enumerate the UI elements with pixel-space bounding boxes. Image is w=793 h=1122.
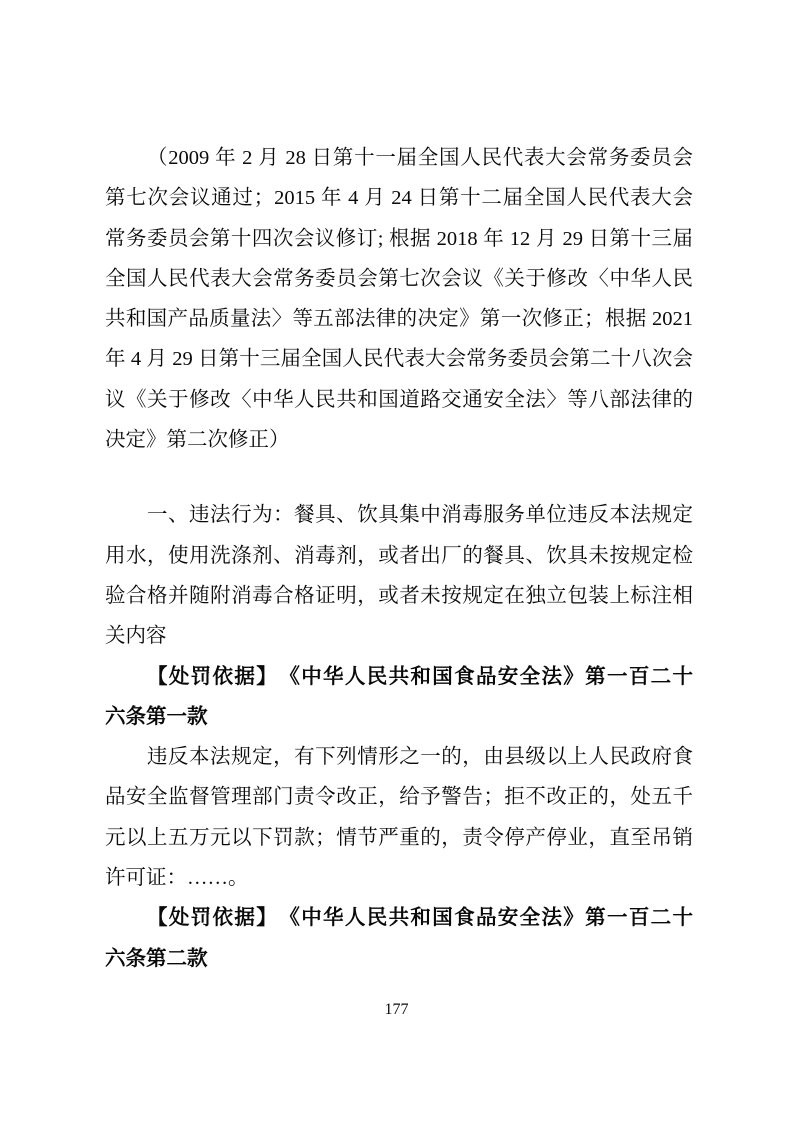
amendment-note-line: 年 4 月 29 日第十三届全国人民代表大会常务委员会第二十八次会 (105, 339, 693, 379)
amendment-note-line: 共和国产品质量法〉等五部法律的决定》第一次修正；根据 2021 (105, 299, 693, 339)
penalty-provision-line: 品安全监督管理部门责令改正，给予警告；拒不改正的，处五千 (105, 777, 693, 817)
penalty-provision-line: 元以上五万元以下罚款；情节严重的，责令停产停业，直至吊销 (105, 818, 693, 858)
penalty-basis-line: 六条第一款 (105, 697, 693, 737)
violation-line: 用水，使用洗涤剂、消毒剂，或者出厂的餐具、饮具未按规定检 (105, 536, 693, 576)
document-page: （2009 年 2 月 28 日第十一届全国人民代表大会常务委员会 第七次会议通… (0, 0, 793, 1122)
amendment-note-line: 常务委员会第十四次会议修订; 根据 2018 年 12 月 29 日第十三届 (105, 219, 693, 259)
amendment-note-line: 决定》第二次修正） (105, 420, 693, 460)
violation-line: 验合格并随附消毒合格证明，或者未按规定在独立包装上标注相 (105, 576, 693, 616)
violation-line: 一、违法行为：餐具、饮具集中消毒服务单位违反本法规定 (105, 495, 693, 535)
penalty-basis-line: 【处罚依据】 《中华人民共和国食品安全法》第一百二十 (105, 657, 693, 697)
penalty-basis-line: 六条第二款 (105, 939, 693, 979)
amendment-note-line: 议《关于修改〈中华人民共和国道路交通安全法〉等八部法律的 (105, 380, 693, 420)
amendment-note-line: 全国人民代表大会常务委员会第七次会议《关于修改〈中华人民 (105, 259, 693, 299)
penalty-provision-line: 违反本法规定，有下列情形之一的，由县级以上人民政府食 (105, 737, 693, 777)
violation-item: 一、违法行为：餐具、饮具集中消毒服务单位违反本法规定 用水，使用洗涤剂、消毒剂，… (105, 495, 693, 656)
amendment-note-line: 第七次会议通过；2015 年 4 月 24 日第十二届全国人民代表大会 (105, 178, 693, 218)
amendment-note-line: （2009 年 2 月 28 日第十一届全国人民代表大会常务委员会 (105, 138, 693, 178)
document-content: （2009 年 2 月 28 日第十一届全国人民代表大会常务委员会 第七次会议通… (105, 138, 693, 979)
penalty-basis-heading-second: 【处罚依据】 《中华人民共和国食品安全法》第一百二十 六条第二款 (105, 898, 693, 979)
page-number: 177 (0, 1001, 793, 1019)
penalty-basis-heading-first: 【处罚依据】 《中华人民共和国食品安全法》第一百二十 六条第一款 (105, 657, 693, 738)
amendment-note: （2009 年 2 月 28 日第十一届全国人民代表大会常务委员会 第七次会议通… (105, 138, 693, 460)
penalty-basis-line: 【处罚依据】 《中华人民共和国食品安全法》第一百二十 (105, 898, 693, 938)
penalty-provision-line: 许可证：……。 (105, 858, 693, 898)
violation-line: 关内容 (105, 616, 693, 656)
penalty-provision: 违反本法规定，有下列情形之一的，由县级以上人民政府食 品安全监督管理部门责令改正… (105, 737, 693, 898)
